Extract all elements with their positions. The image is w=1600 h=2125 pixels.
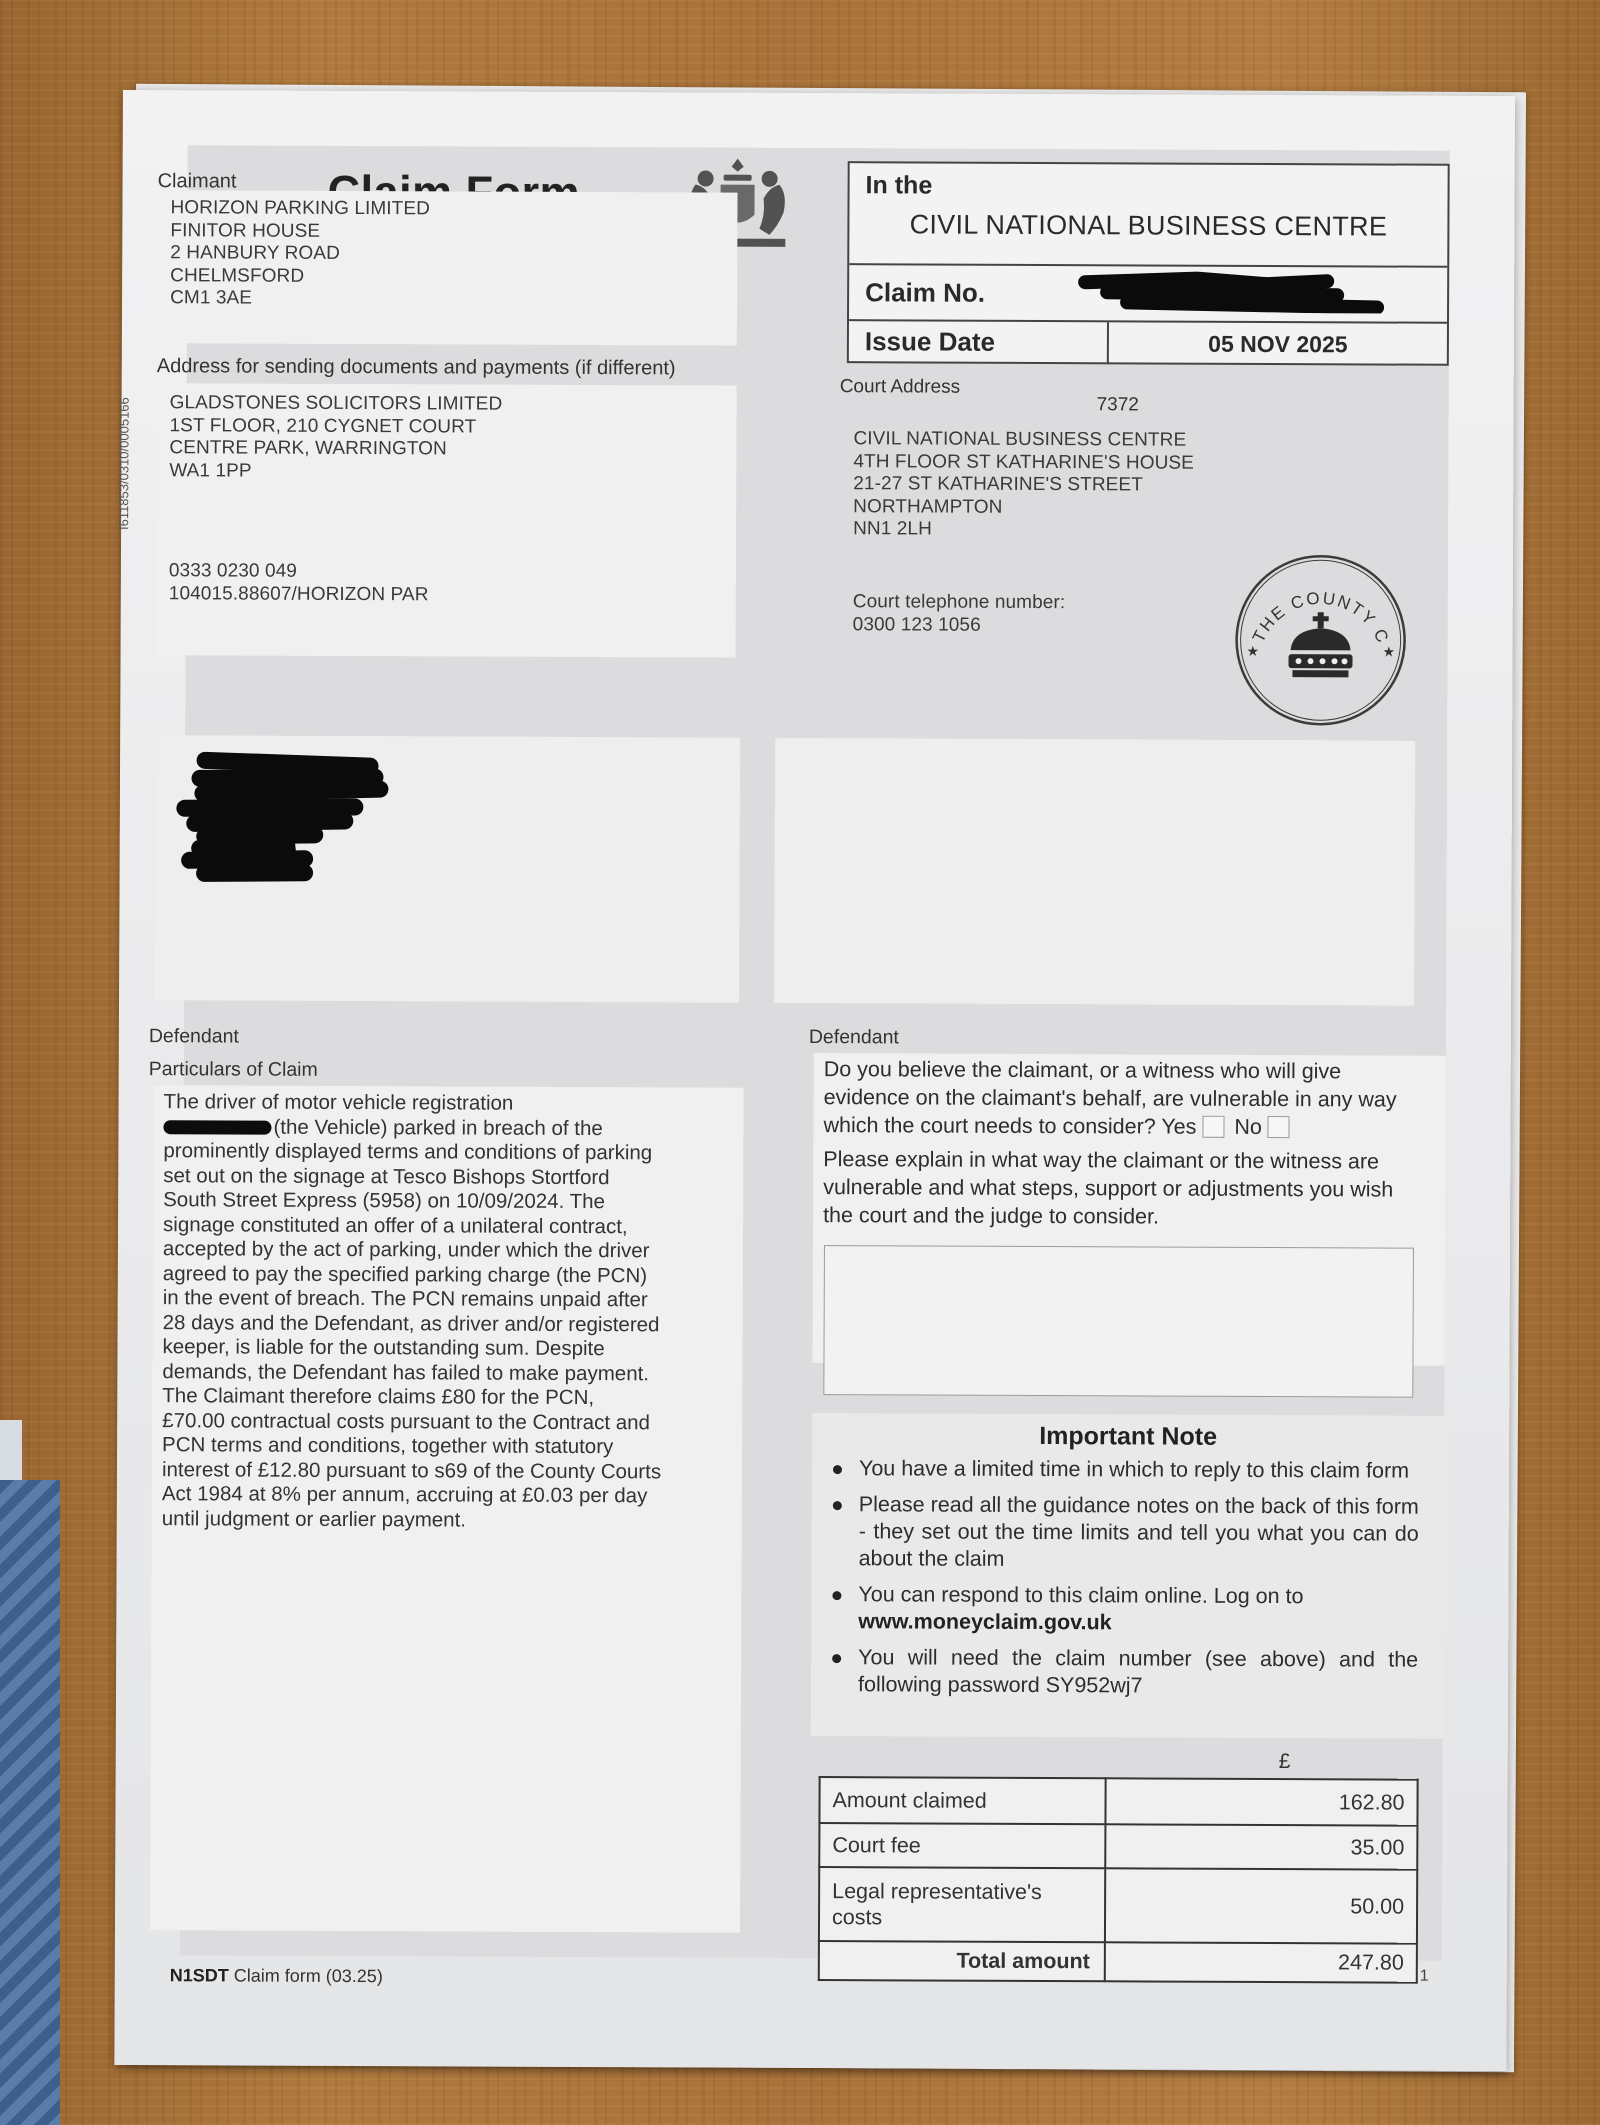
court-address-line: CIVIL NATIONAL BUSINESS CENTRE bbox=[853, 428, 1194, 452]
vulnerability-explain-prompt: Please explain in what way the claimant … bbox=[823, 1145, 1413, 1232]
claim-form-page: I611853/0310/0005166 Claim Form Claimant… bbox=[114, 90, 1515, 2071]
legal-costs-value: 50.00 bbox=[1105, 1868, 1417, 1943]
court-fee-value: 35.00 bbox=[1105, 1824, 1417, 1869]
court-address: CIVIL NATIONAL BUSINESS CENTRE 4TH FLOOR… bbox=[853, 428, 1194, 542]
moneyclaim-website-link[interactable]: www.moneyclaim.gov.uk bbox=[858, 1609, 1111, 1634]
form-footer-title: Claim form (03.25) bbox=[234, 1966, 383, 1987]
issue-date-value: 05 NOV 2025 bbox=[1109, 322, 1447, 365]
bullet-icon bbox=[833, 1501, 842, 1510]
defendant-label-right: Defendant bbox=[809, 1026, 899, 1049]
particulars-intro: The driver of motor vehicle registration bbox=[164, 1090, 514, 1115]
service-address-line: WA1 1PP bbox=[169, 460, 502, 484]
service-address-line: CENTRE PARK, WARRINGTON bbox=[169, 437, 502, 461]
court-address-line: 21-27 ST KATHARINE'S STREET bbox=[853, 473, 1194, 497]
service-address: GLADSTONES SOLICITORS LIMITED 1ST FLOOR,… bbox=[169, 392, 502, 483]
court-address-line: 4TH FLOOR ST KATHARINE'S HOUSE bbox=[853, 451, 1194, 475]
service-address-line: 1ST FLOOR, 210 CYGNET COURT bbox=[169, 415, 502, 439]
page-number: 1 bbox=[1420, 1968, 1429, 1986]
no-label: No bbox=[1234, 1115, 1262, 1139]
court-name: CIVIL NATIONAL BUSINESS CENTRE bbox=[849, 209, 1447, 243]
table-row: Total amount 247.80 bbox=[819, 1941, 1417, 1983]
currency-symbol: £ bbox=[1279, 1750, 1291, 1774]
empty-panel bbox=[774, 738, 1415, 1006]
redaction-mark bbox=[175, 748, 391, 884]
service-contact: 0333 0230 049 104015.88607/HORIZON PAR bbox=[169, 560, 429, 606]
note-item: You have a limited time in which to repl… bbox=[829, 1455, 1419, 1485]
amount-claimed-label: Amount claimed bbox=[819, 1777, 1105, 1824]
total-amount-label: Total amount bbox=[819, 1941, 1105, 1981]
court-code: 7372 bbox=[1097, 394, 1139, 416]
amount-claimed-value: 162.80 bbox=[1105, 1778, 1417, 1825]
county-court-seal-icon: THE COUNTY COURT ★ ★ bbox=[1230, 550, 1411, 731]
claim-number-redaction bbox=[1077, 270, 1395, 313]
issue-date-label: Issue Date bbox=[849, 321, 1109, 364]
court-address-line: NN1 2LH bbox=[853, 518, 1194, 542]
bullet-icon bbox=[832, 1591, 841, 1600]
legal-costs-label: Legal representative's costs bbox=[819, 1867, 1105, 1942]
svg-text:★: ★ bbox=[1383, 644, 1396, 660]
form-code: N1SDT bbox=[170, 1965, 229, 1985]
claimant-address-line: CM1 3AE bbox=[170, 287, 430, 311]
particulars-text: The driver of motor vehicle registration… bbox=[162, 1090, 664, 1533]
claim-number-label: Claim No. bbox=[865, 277, 985, 309]
in-the-label: In the bbox=[866, 171, 933, 200]
vulnerability-section: Do you believe the claimant, or a witnes… bbox=[823, 1055, 1414, 1238]
court-address-line: NORTHAMPTON bbox=[853, 496, 1194, 520]
amounts-table: Amount claimed 162.80 Court fee 35.00 Le… bbox=[818, 1776, 1419, 1984]
table-row: Court fee 35.00 bbox=[819, 1823, 1417, 1870]
court-fee-label: Court fee bbox=[819, 1823, 1105, 1868]
court-telephone-label: Court telephone number: bbox=[853, 591, 1066, 614]
court-telephone-value: 0300 123 1056 bbox=[853, 614, 1066, 637]
bullet-icon bbox=[833, 1465, 842, 1474]
no-checkbox[interactable] bbox=[1268, 1116, 1290, 1138]
table-row: Amount claimed 162.80 bbox=[819, 1777, 1417, 1826]
form-footer: N1SDT Claim form (03.25) bbox=[170, 1965, 383, 1987]
vehicle-registration-redaction bbox=[163, 1120, 271, 1134]
note-item: You can respond to this claim online. Lo… bbox=[828, 1581, 1418, 1638]
claimant-address-line: CHELMSFORD bbox=[170, 265, 430, 289]
particulars-body: (the Vehicle) parked in breach of the pr… bbox=[162, 1115, 659, 1385]
note-item: Please read all the guidance notes on th… bbox=[829, 1491, 1419, 1575]
claimant-address-line: FINITOR HOUSE bbox=[170, 220, 430, 244]
note-item: You will need the claim number (see abov… bbox=[828, 1644, 1418, 1701]
particulars-claim-breakdown: The Claimant therefore claims £80 for th… bbox=[162, 1384, 663, 1533]
service-phone: 0333 0230 049 bbox=[169, 560, 429, 584]
yes-checkbox[interactable] bbox=[1202, 1116, 1224, 1138]
claimant-address-line: HORIZON PARKING LIMITED bbox=[170, 197, 430, 221]
important-note-list: You have a limited time in which to repl… bbox=[828, 1455, 1419, 1710]
service-address-line: GLADSTONES SOLICITORS LIMITED bbox=[170, 392, 503, 416]
service-address-label: Address for sending documents and paymen… bbox=[157, 355, 676, 380]
side-reference: I611853/0310/0005166 bbox=[116, 397, 132, 530]
defendant-label-left: Defendant bbox=[149, 1025, 239, 1048]
table-row: Legal representative's costs 50.00 bbox=[819, 1867, 1417, 1944]
court-header-box: In the CIVIL NATIONAL BUSINESS CENTRE Cl… bbox=[847, 161, 1450, 366]
svg-text:★: ★ bbox=[1247, 643, 1260, 659]
total-amount-value: 247.80 bbox=[1105, 1942, 1417, 1982]
important-note-title: Important Note bbox=[812, 1421, 1444, 1453]
blue-cloth bbox=[0, 1480, 60, 2125]
bullet-icon bbox=[832, 1654, 841, 1663]
vulnerability-question: Do you believe the claimant, or a witnes… bbox=[823, 1057, 1396, 1138]
service-reference: 104015.88607/HORIZON PAR bbox=[169, 583, 429, 607]
claimant-address: HORIZON PARKING LIMITED FINITOR HOUSE 2 … bbox=[170, 197, 430, 311]
yes-label: Yes bbox=[1161, 1115, 1196, 1139]
court-address-label: Court Address bbox=[840, 376, 961, 399]
court-telephone: Court telephone number: 0300 123 1056 bbox=[853, 591, 1066, 637]
particulars-label: Particulars of Claim bbox=[149, 1058, 318, 1082]
claimant-address-line: 2 HANBURY ROAD bbox=[170, 242, 430, 266]
vulnerability-explain-field[interactable] bbox=[823, 1245, 1414, 1398]
